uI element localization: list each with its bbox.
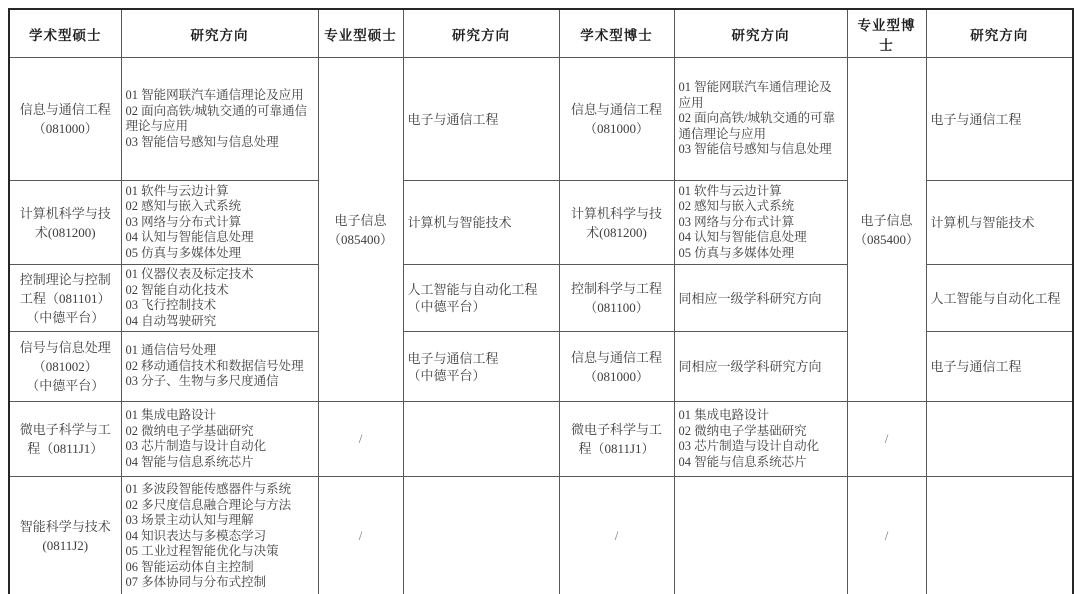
cell-pm-directions-5 xyxy=(403,402,559,477)
header-research-direction-3: 研究方向 xyxy=(674,9,847,58)
cell-am-directions-6: 01 多波段智能传感器件与系统 02 多尺度信息融合理论与方法 03 场景主动认… xyxy=(121,477,318,594)
cell-am-directions-4: 01 通信信号处理 02 移动通信技术和数据信号处理 03 分子、生物与多尺度通… xyxy=(121,332,318,402)
cell-academic-master-2: 计算机科学与技 术(081200) xyxy=(9,181,121,265)
cell-ad-directions-1: 01 智能网联汽车通信理论及应用 02 面向高铁/城轨交通的可靠通信理论与应用 … xyxy=(674,58,847,181)
header-academic-master: 学术型硕士 xyxy=(9,9,121,58)
cell-am-directions-3: 01 仪器仪表及标定技术 02 智能自动化技术 03 飞行控制技术 04 自动驾… xyxy=(121,265,318,332)
cell-pm-directions-6 xyxy=(403,477,559,594)
cell-academic-master-6: 智能科学与技术 (0811J2) xyxy=(9,477,121,594)
header-research-direction-1: 研究方向 xyxy=(121,9,318,58)
programs-table: 学术型硕士 研究方向 专业型硕士 研究方向 学术型博士 研究方向 专业型博士 研… xyxy=(8,8,1074,594)
cell-ad-directions-2: 01 软件与云边计算 02 感知与嵌入式系统 03 网络与分布式计算 04 认知… xyxy=(674,181,847,265)
cell-academic-doctor-5: 微电子科学与工 程（0811J1） xyxy=(559,402,674,477)
cell-ad-directions-3: 同相应一级学科研究方向 xyxy=(674,265,847,332)
cell-am-directions-2: 01 软件与云边计算 02 感知与嵌入式系统 03 网络与分布式计算 04 认知… xyxy=(121,181,318,265)
cell-am-directions-5: 01 集成电路设计 02 微纳电子学基础研究 03 芯片制造与设计自动化 04 … xyxy=(121,402,318,477)
cell-pm-directions-4: 电子与通信工程 （中德平台） xyxy=(403,332,559,402)
header-prof-doctor: 专业型博士 xyxy=(847,9,926,58)
header-research-direction-2: 研究方向 xyxy=(403,9,559,58)
table-row: 微电子科学与工 程（0811J1） 01 集成电路设计 02 微纳电子学基础研究… xyxy=(9,402,1073,477)
cell-ad-directions-6 xyxy=(674,477,847,594)
cell-academic-master-3: 控制理论与控制 工程（081101） （中德平台） xyxy=(9,265,121,332)
cell-prof-doctor-6-slash: / xyxy=(847,477,926,594)
cell-academic-master-1: 信息与通信工程 （081000） xyxy=(9,58,121,181)
cell-pd-directions-5 xyxy=(926,402,1073,477)
cell-pm-directions-2: 计算机与智能技术 xyxy=(403,181,559,265)
cell-am-directions-1: 01 智能网联汽车通信理论及应用 02 面向高铁/城轨交通的可靠通信理论与应用 … xyxy=(121,58,318,181)
header-row: 学术型硕士 研究方向 专业型硕士 研究方向 学术型博士 研究方向 专业型博士 研… xyxy=(9,9,1073,58)
cell-prof-master-6-slash: / xyxy=(318,477,403,594)
table-row: 智能科学与技术 (0811J2) 01 多波段智能传感器件与系统 02 多尺度信… xyxy=(9,477,1073,594)
admissions-table-page: 学术型硕士 研究方向 专业型硕士 研究方向 学术型博士 研究方向 专业型博士 研… xyxy=(0,0,1080,594)
cell-pm-directions-3: 人工智能与自动化工程 （中德平台） xyxy=(403,265,559,332)
cell-prof-master-5-slash: / xyxy=(318,402,403,477)
cell-academic-doctor-3: 控制科学与工程 （081100） xyxy=(559,265,674,332)
cell-academic-master-5: 微电子科学与工 程（0811J1） xyxy=(9,402,121,477)
cell-academic-doctor-1: 信息与通信工程 （081000） xyxy=(559,58,674,181)
cell-ad-directions-5: 01 集成电路设计 02 微纳电子学基础研究 03 芯片制造与设计自动化 04 … xyxy=(674,402,847,477)
header-research-direction-4: 研究方向 xyxy=(926,9,1073,58)
cell-pd-directions-4: 电子与通信工程 xyxy=(926,332,1073,402)
cell-pd-directions-3: 人工智能与自动化工程 xyxy=(926,265,1073,332)
cell-academic-doctor-4: 信息与通信工程 （081000） xyxy=(559,332,674,402)
table-row: 信息与通信工程 （081000） 01 智能网联汽车通信理论及应用 02 面向高… xyxy=(9,58,1073,181)
cell-academic-doctor-6-slash: / xyxy=(559,477,674,594)
cell-pd-directions-2: 计算机与智能技术 xyxy=(926,181,1073,265)
cell-prof-doctor-merged: 电子信息 （085400） xyxy=(847,58,926,402)
cell-ad-directions-4: 同相应一级学科研究方向 xyxy=(674,332,847,402)
header-prof-master: 专业型硕士 xyxy=(318,9,403,58)
cell-pd-directions-1: 电子与通信工程 xyxy=(926,58,1073,181)
cell-prof-master-merged: 电子信息 （085400） xyxy=(318,58,403,402)
cell-academic-master-4: 信号与信息处理 （081002） （中德平台） xyxy=(9,332,121,402)
cell-academic-doctor-2: 计算机科学与技 术(081200) xyxy=(559,181,674,265)
cell-pm-directions-1: 电子与通信工程 xyxy=(403,58,559,181)
cell-pd-directions-6 xyxy=(926,477,1073,594)
header-academic-doctor: 学术型博士 xyxy=(559,9,674,58)
cell-prof-doctor-5-slash: / xyxy=(847,402,926,477)
